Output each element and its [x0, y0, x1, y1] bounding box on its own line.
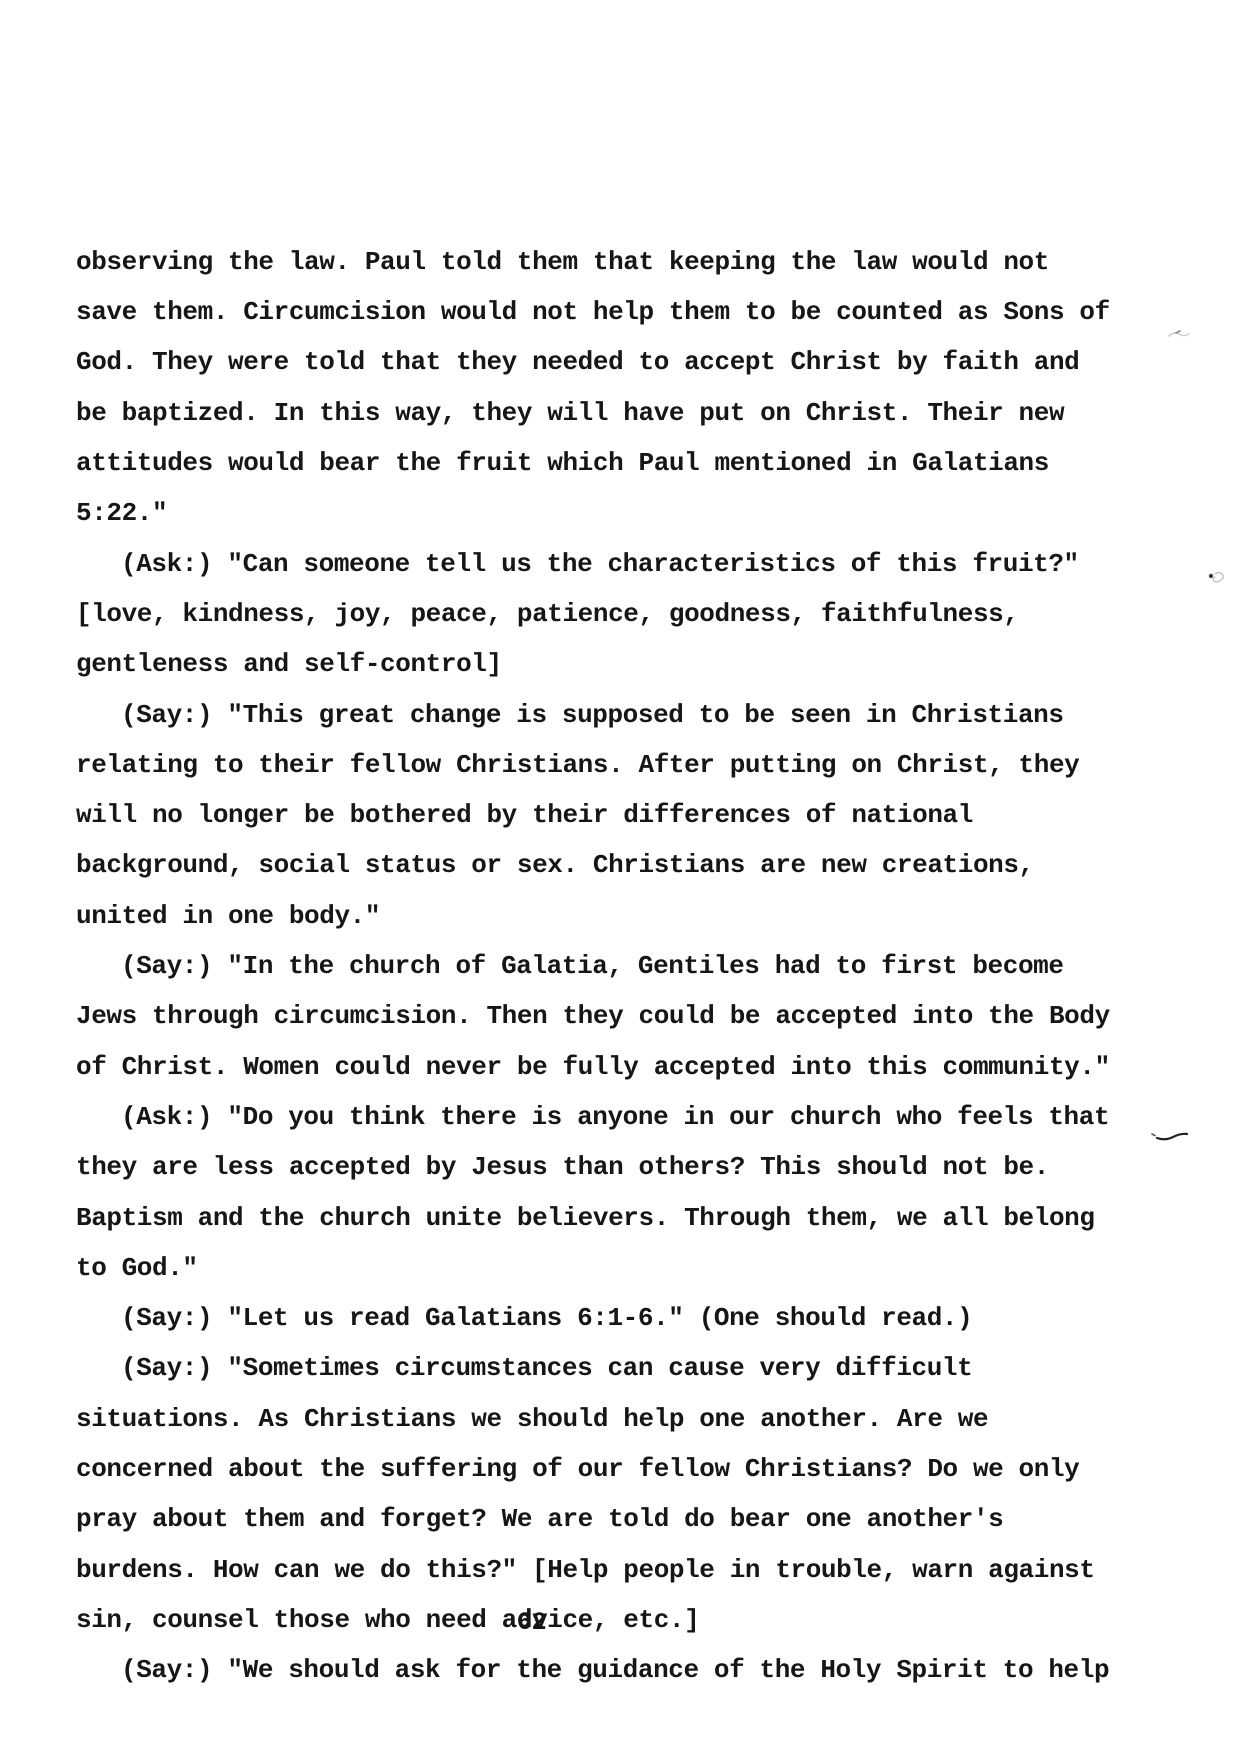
text-line: gentleness and self-control] [76, 639, 1240, 689]
pencil-squiggle-mark [1206, 568, 1230, 590]
text-line: burdens. How can we do this?" [Help peop… [76, 1545, 1240, 1595]
text-line: united in one body." [76, 891, 1240, 941]
text-line: [love, kindness, joy, peace, patience, g… [76, 589, 1240, 639]
text-line: they are less accepted by Jesus than oth… [76, 1142, 1240, 1192]
text-line: will no longer be bothered by their diff… [76, 790, 1240, 840]
text-line: relating to their fellow Christians. Aft… [76, 740, 1240, 790]
text-line: (Say:) "In the church of Galatia, Gentil… [76, 941, 1240, 991]
text-line: pray about them and forget? We are told … [76, 1494, 1240, 1544]
text-line: situations. As Christians we should help… [76, 1394, 1240, 1444]
pencil-dash-mark [1150, 1129, 1190, 1143]
text-line: Jews through circumcision. Then they cou… [76, 991, 1240, 1041]
text-line: (Ask:) "Can someone tell us the characte… [76, 539, 1240, 589]
text-line: background, social status or sex. Christ… [76, 840, 1240, 890]
text-line: God. They were told that they needed to … [76, 337, 1240, 387]
text-line: concerned about the suffering of our fel… [76, 1444, 1240, 1494]
text-line: Baptism and the church unite believers. … [76, 1193, 1240, 1243]
text-line: (Say:) "Sometimes circumstances can caus… [76, 1343, 1240, 1393]
text-line: observing the law. Paul told them that k… [76, 237, 1240, 287]
text-line: (Ask:) "Do you think there is anyone in … [76, 1092, 1240, 1142]
text-line: (Say:) "This great change is supposed to… [76, 690, 1240, 740]
page-number: 62 [517, 1608, 546, 1637]
typewritten-text-block: observing the law. Paul told them that k… [76, 86, 1240, 1696]
text-line: attitudes would bear the fruit which Pau… [76, 438, 1240, 488]
text-line: save them. Circumcision would not help t… [76, 287, 1240, 337]
text-line: (Say:) "We should ask for the guidance o… [76, 1645, 1240, 1695]
faint-smudge-mark [1166, 327, 1192, 343]
text-line: (Say:) "Let us read Galatians 6:1-6." (O… [76, 1293, 1240, 1343]
text-line: sin, counsel those who need advice, etc.… [76, 1595, 1240, 1645]
text-line: 5:22." [76, 488, 1240, 538]
text-line: be baptized. In this way, they will have… [76, 388, 1240, 438]
text-line: of Christ. Women could never be fully ac… [76, 1042, 1240, 1092]
text-line: to God." [76, 1243, 1240, 1293]
scanned-document-page: observing the law. Paul told them that k… [0, 0, 1240, 1753]
